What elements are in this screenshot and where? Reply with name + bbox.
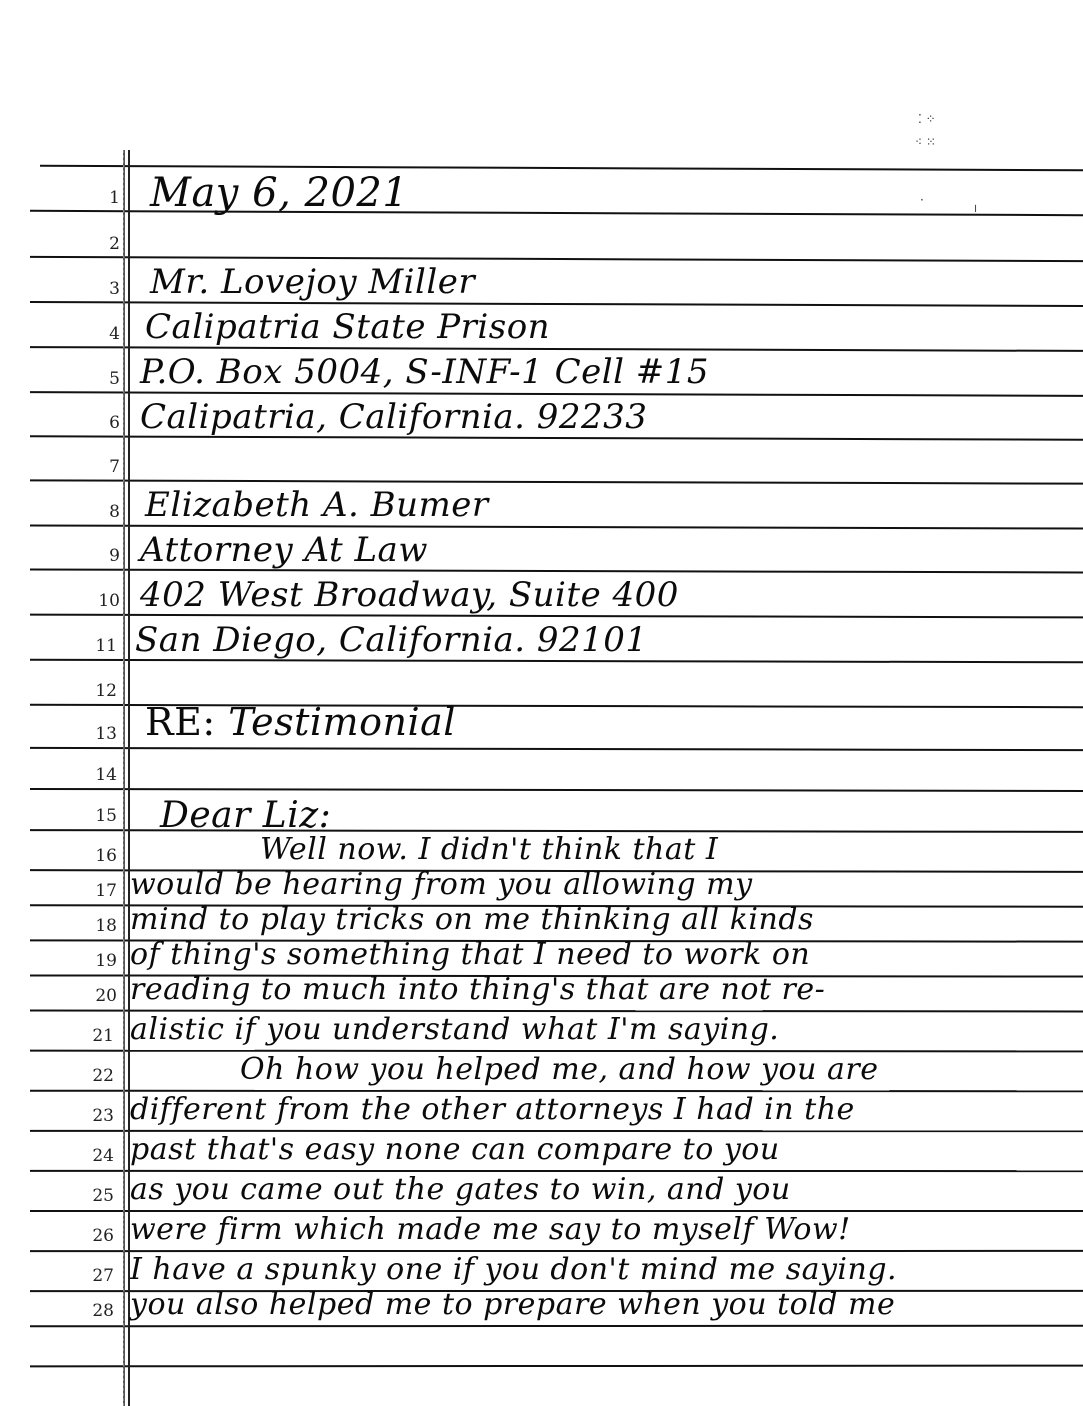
body-line: as you came out the gates to win, and yo…: [130, 1172, 791, 1207]
line-number: 1: [80, 188, 120, 208]
body-line: different from the other attorneys I had…: [130, 1092, 855, 1127]
line-number: 19: [77, 951, 117, 971]
sender-institution: Calipatria State Prison: [145, 307, 550, 347]
body-line: Well now. I didn't think that I: [260, 832, 718, 867]
line-number: 8: [80, 502, 120, 522]
subject-text: Testimonial: [228, 700, 456, 744]
ruled-line: [30, 1325, 1083, 1328]
body-line: Oh how you helped me, and how you are: [240, 1052, 878, 1087]
salutation: Dear Liz:: [160, 795, 331, 836]
line-number: 25: [74, 1186, 114, 1206]
line-number: 13: [77, 724, 117, 744]
margin-line-dashed: [123, 150, 125, 1406]
line-number: 12: [77, 681, 117, 701]
ruled-line: [30, 391, 1083, 397]
body-line: were firm which made me say to myself Wo…: [130, 1212, 851, 1247]
line-number: 27: [74, 1266, 114, 1286]
line-number: 10: [80, 591, 120, 611]
recipient-name: Elizabeth A. Bumer: [145, 485, 489, 525]
recipient-title: Attorney At Law: [140, 530, 428, 570]
line-number: 4: [80, 324, 120, 344]
recipient-address-line: 402 West Broadway, Suite 400: [140, 575, 679, 615]
ruled-line: [30, 788, 1083, 792]
recipient-city-state-zip: San Diego, California. 92101: [135, 620, 648, 660]
line-number: 2: [80, 234, 120, 254]
line-number: 5: [80, 369, 120, 389]
line-number: 6: [80, 413, 120, 433]
ruled-line: [30, 479, 1083, 484]
body-line: alistic if you understand what I'm sayin…: [130, 1012, 779, 1047]
ruled-line: [30, 1365, 1083, 1368]
line-number: 18: [77, 916, 117, 936]
sender-address-line: P.O. Box 5004, S-INF-1 Cell #15: [140, 352, 709, 392]
line-number: 17: [77, 881, 117, 901]
line-number: 9: [80, 546, 120, 566]
subject-line: RE: Testimonial: [145, 700, 456, 744]
ruled-line: [30, 747, 1083, 751]
body-line: would be hearing from you allowing my: [130, 867, 753, 902]
scan-speck: ·: [920, 193, 924, 207]
line-number: 22: [74, 1066, 114, 1086]
body-line: reading to much into thing's that are no…: [130, 972, 825, 1007]
line-number: 20: [77, 986, 117, 1006]
letter-date: May 6, 2021: [150, 170, 408, 216]
line-number: 3: [80, 279, 120, 299]
body-line: past that's easy none can compare to you: [130, 1132, 780, 1167]
line-number: 14: [77, 765, 117, 785]
line-number: 26: [74, 1226, 114, 1246]
subject-prefix: RE:: [145, 700, 216, 744]
line-number: 21: [74, 1026, 114, 1046]
sender-name: Mr. Lovejoy Miller: [150, 262, 475, 302]
line-number: 24: [74, 1146, 114, 1166]
body-line: I have a spunky one if you don't mind me…: [130, 1252, 897, 1287]
scan-speck: ⁖ ⁙: [915, 135, 936, 149]
line-number: 16: [77, 846, 117, 866]
line-number: 15: [77, 806, 117, 826]
ruled-line: [30, 524, 1083, 529]
body-line: of thing's something that I need to work…: [130, 937, 810, 972]
line-number: 23: [74, 1106, 114, 1126]
line-number: 28: [74, 1301, 114, 1321]
scan-speck: ╵: [972, 205, 979, 219]
sender-city-state-zip: Calipatria, California. 92233: [140, 397, 647, 437]
line-number: 11: [77, 636, 117, 656]
scan-speck: ⁚ ⁘: [918, 112, 936, 126]
body-line: you also helped me to prepare when you t…: [130, 1287, 895, 1322]
body-line: mind to play tricks on me thinking all k…: [130, 902, 814, 937]
line-number: 7: [80, 457, 120, 477]
scanned-letter-page: 1234567891011121314151617181920212223242…: [0, 0, 1083, 1406]
